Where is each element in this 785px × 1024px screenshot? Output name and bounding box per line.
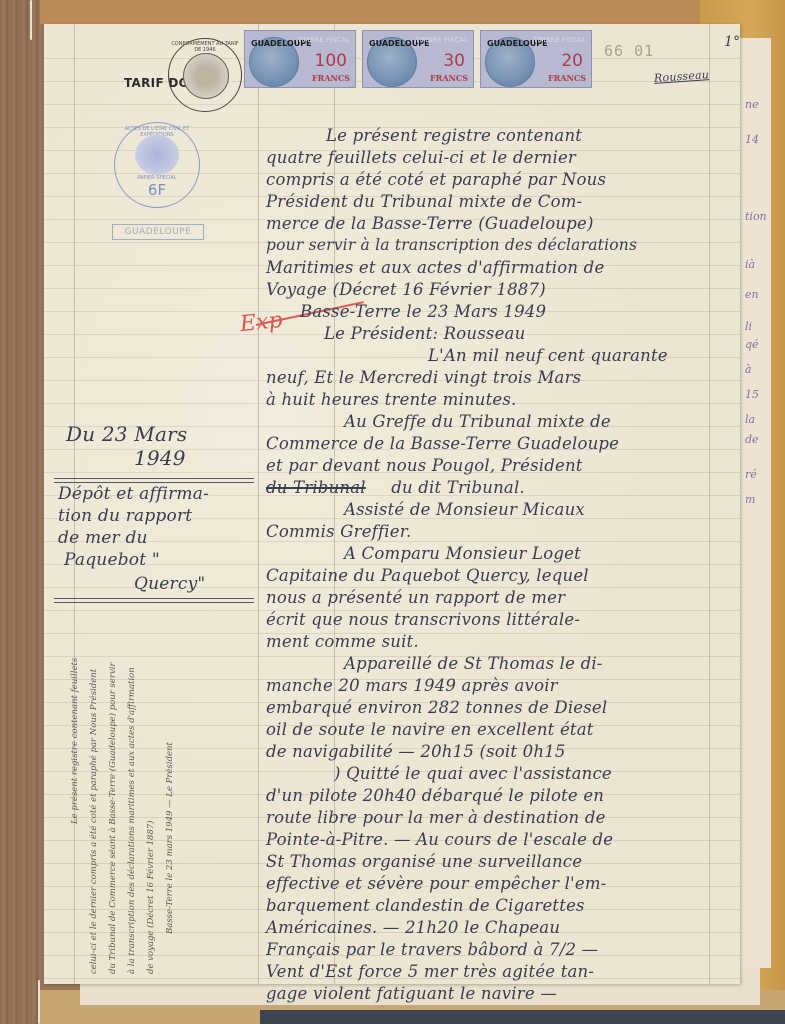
side-mark: m <box>745 493 755 506</box>
tarif-circle-stamp: CONFORMÉMENT AU TARIF DE 1946 <box>168 38 242 112</box>
margin-date: Du 23 Mars <box>66 422 187 446</box>
stamp-header: TIMBRE FISCAL <box>533 36 586 44</box>
stamp-unit: FRANCS <box>548 73 586 83</box>
stamp-header: TIMBRE FISCAL <box>415 36 468 44</box>
side-mark: tion <box>745 210 767 223</box>
body-line: barquement clandestin de Cigarettes <box>266 896 585 915</box>
pencil-note-line: Basse-Terre le 23 mars 1949 — Le Préside… <box>165 594 184 974</box>
side-mark: à <box>745 363 752 376</box>
body-line: gage violent fatiguant le navire — <box>266 984 557 1003</box>
initials-signature: Rousseau <box>654 68 710 85</box>
pencil-note-line: du Tribunal de Commerce séant à Basse-Te… <box>108 594 127 974</box>
body-line: Pointe-à-Pitre. — Au cours de l'escale d… <box>266 830 613 849</box>
body-line: compris a été coté et paraphé par Nous <box>266 170 606 189</box>
stamp-unit: FRANCS <box>312 73 350 83</box>
body-line: nous a présenté un rapport de mer <box>266 588 565 607</box>
pencil-note-line: à la transcription des déclarations mari… <box>127 594 146 974</box>
body-line: neuf, Et le Mercredi vingt trois Mars <box>266 368 581 387</box>
stamp-value: 100 <box>315 51 347 71</box>
body-line: Appareillé de St Thomas le di- <box>344 654 603 673</box>
folio-number: 1° <box>724 34 740 50</box>
marianne-medallion-icon <box>183 53 229 99</box>
side-mark: ré <box>745 468 757 481</box>
body-line: ) Quitté le quai avec l'assistance <box>334 764 612 783</box>
body-line: de navigabilité — 20h15 (soit 0h15 <box>266 742 566 761</box>
register-page: TARIF DOUBLE CONFORMÉMENT AU TARIF DE 19… <box>44 24 740 984</box>
stamp-value: 20 <box>561 51 583 71</box>
side-mark: ne <box>745 98 759 111</box>
body-line: pour servir à la transcription des décla… <box>266 236 637 254</box>
body-line: d'un pilote 20h40 débarqué le pilote en <box>266 786 604 805</box>
margin-year: 1949 <box>134 446 186 470</box>
fiscal-stamp-100: GUADELOUPE TIMBRE FISCAL 100 FRANCS <box>244 30 356 88</box>
pencil-margin-note: Le présent registre contenant feuillets … <box>70 594 184 974</box>
body-line: Président du Tribunal mixte de Com- <box>266 192 582 211</box>
body-line: Basse-Terre le 23 Mars 1949 <box>300 302 546 321</box>
side-mark: de <box>745 433 759 446</box>
margin-rule <box>258 24 259 984</box>
adjacent-page-edge: ne 14 tion ià en li qé à 15 la de ré m <box>738 38 771 968</box>
body-line: merce de la Basse-Terre (Guadeloupe) <box>266 214 594 233</box>
body-line: ment comme suit. <box>266 632 419 651</box>
pencil-note-line: de voyage (Décret 16 Février 1887) <box>146 594 165 974</box>
fiscal-stamp-20: GUADELOUPE TIMBRE FISCAL 20 FRANCS <box>480 30 592 88</box>
stamp-unit: FRANCS <box>430 73 468 83</box>
body-line: L'An mil neuf cent quarante <box>428 346 668 365</box>
body-line: effective et sévère pour empêcher l'em- <box>266 874 606 893</box>
body-line: Voyage (Décret 16 Février 1887) <box>266 280 546 299</box>
body-line: du Tribunal du Tribunal du dit Tribunal.… <box>266 478 525 497</box>
body-line: Vent d'Est force 5 mer très agitée tan- <box>266 962 594 981</box>
side-mark: ià <box>745 258 755 271</box>
stamp-value: 30 <box>443 51 465 71</box>
margin-title-line: Quercy" <box>134 574 205 594</box>
margin-title-line: tion du rapport <box>58 506 192 526</box>
body-line: écrit que nous transcrivons littérale- <box>266 610 580 629</box>
backing-top <box>40 0 785 24</box>
circle-stamp-text: CONFORMÉMENT AU TARIF DE 1946 <box>169 41 241 53</box>
body-line: Français par le travers bâbord à 7/2 — <box>266 940 598 959</box>
marianne-head-icon <box>135 135 179 175</box>
side-mark: 14 <box>745 133 759 146</box>
stamp-header: TIMBRE FISCAL <box>297 36 350 44</box>
side-mark: la <box>745 413 755 426</box>
table-surface <box>260 1010 785 1024</box>
body-line: et par devant nous Pougol, Président <box>266 456 583 475</box>
body-line: Américaines. — 21h20 le Chapeau <box>266 918 560 937</box>
margin-title-line: Dépôt et affirma- <box>58 484 209 504</box>
column-rule <box>709 24 710 984</box>
pencil-note-line: celui-ci et le dernier compris a été cot… <box>89 594 108 974</box>
body-line: Commis Greffier. <box>266 522 411 541</box>
body-line: à huit heures trente minutes. <box>266 390 517 409</box>
body-line: A Comparu Monsieur Loget <box>344 544 581 563</box>
margin-title-line: de mer du <box>58 528 148 548</box>
body-line: oil de soute le navire en excellent état <box>266 720 594 739</box>
side-mark: qé <box>745 338 759 351</box>
serial-number: 66 01 <box>604 42 654 60</box>
margin-divider <box>54 478 254 483</box>
body-line-text: du dit Tribunal. <box>371 478 525 497</box>
side-mark: li <box>745 320 752 333</box>
struck-text: du Tribunal <box>266 478 366 497</box>
side-mark: 15 <box>745 388 759 401</box>
etat-civil-stamp: ACTES DE L'ÉTAT CIVIL ET EXPÉDITIONS PAP… <box>114 122 200 208</box>
side-mark: en <box>745 288 759 301</box>
body-line: Capitaine du Paquebot Quercy, lequel <box>266 566 589 585</box>
body-line: Maritimes et aux actes d'affirmation de <box>266 258 604 277</box>
body-line: St Thomas organisé une surveillance <box>266 852 582 871</box>
stamp-price: 6F <box>115 181 199 199</box>
fiscal-stamp-30: GUADELOUPE TIMBRE FISCAL 30 FRANCS <box>362 30 474 88</box>
guadeloupe-box-stamp: GUADELOUPE <box>112 224 204 240</box>
body-line: Assisté de Monsieur Micaux <box>344 500 585 519</box>
binding-string <box>30 0 32 40</box>
body-line: Au Greffe du Tribunal mixte de <box>344 412 611 431</box>
body-line: Commerce de la Basse-Terre Guadeloupe <box>266 434 619 453</box>
body-line: Le présent registre contenant <box>326 126 582 145</box>
body-line: quatre feuillets celui-ci et le dernier <box>266 148 576 167</box>
body-line: manche 20 mars 1949 après avoir <box>266 676 558 695</box>
pencil-note-line: Le présent registre contenant feuillets <box>70 594 89 974</box>
body-line: embarqué environ 282 tonnes de Diesel <box>266 698 607 717</box>
cardboard-binding <box>0 0 40 1024</box>
margin-title-line: Paquebot " <box>64 550 160 570</box>
body-line: route libre pour la mer à destination de <box>266 808 606 827</box>
body-line: Le Président: Rousseau <box>324 324 525 343</box>
